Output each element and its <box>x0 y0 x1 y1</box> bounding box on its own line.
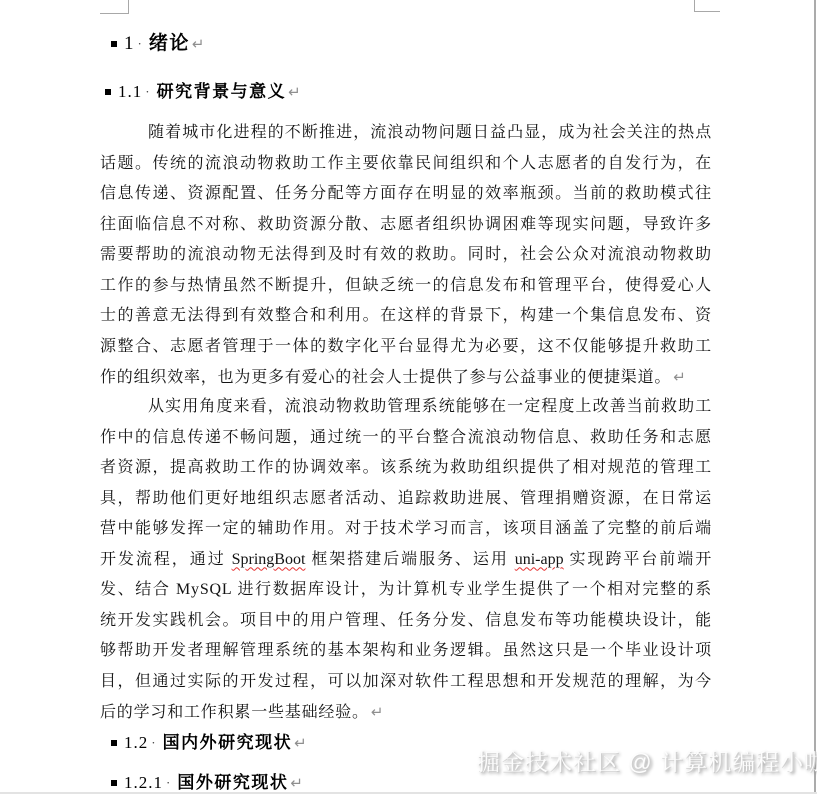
text-line: 开发流程，通过 SpringBoot 框架搭建后端服务、运用 uni-app 实… <box>100 545 712 576</box>
heading-number: 1 <box>124 33 135 54</box>
paragraph-1: 随着城市化进程的不断推进，流浪动物问题日益凸显，成为社会关注的热点 话题。传统的… <box>100 118 712 393</box>
heading-title: 国内外研究现状 <box>163 733 293 752</box>
heading-number: 1.2 <box>124 733 148 752</box>
text-line: 后的学习和工作积累一些基础经验。↵ <box>100 697 712 728</box>
page-edge-right <box>814 0 816 794</box>
heading-1-2-1: 1.2.1·国外研究现状↵ <box>111 771 303 794</box>
text-line: 营中能够发挥一定的辅助作用。对于技术学习而言，该项目涵盖了完整的前后端 <box>100 514 712 545</box>
margin-crop-mark-top-left <box>100 0 129 14</box>
text-line: 够帮助开发者理解管理系统的基本架构和业务逻辑。虽然这只是一个毕业设计项 <box>100 636 712 667</box>
space-formatting-mark: · <box>151 735 155 750</box>
heading-number: 1.1 <box>118 82 142 101</box>
text-line: 士的善意无法得到有效整合和利用。在这样的背景下，构建一个集信息发布、资 <box>100 301 712 332</box>
space-formatting-mark: · <box>138 36 142 51</box>
paragraph-2: 从实用角度来看，流浪动物救助管理系统能够在一定程度上改善当前救助工 作中的信息传… <box>100 392 712 728</box>
paragraph-mark: ↵ <box>371 703 384 721</box>
text-line: 需要帮助的流浪动物无法得到及时有效的救助。同时，社会公众对流浪动物救助 <box>100 240 712 271</box>
text-line: 信息传递、资源配置、任务分配等方面存在明显的效率瓶颈。当前的救助模式往 <box>100 179 712 210</box>
paragraph-mark: ↵ <box>290 774 303 792</box>
text-line: 者资源，提高救助工作的协调效率。该系统为救助组织提供了相对规范的管理工 <box>100 453 712 484</box>
space-formatting-mark: · <box>166 775 170 790</box>
text-line: 作中的信息传递不畅问题，通过统一的平台整合流浪动物信息、救助任务和志愿 <box>100 423 712 454</box>
heading-title: 研究背景与意义 <box>157 82 287 101</box>
heading-1: 1·绪论↵ <box>111 31 204 57</box>
text-line: 作的组织效率，也为更多有爱心的社会人士提供了参与公益事业的便捷渠道。↵ <box>100 362 712 393</box>
paragraph-mark: ↵ <box>294 734 307 752</box>
spellcheck-word-springboot: SpringBoot <box>232 551 306 568</box>
heading-1-2: 1.2·国内外研究现状↵ <box>111 731 307 755</box>
text-run: 实现跨平台前端开 <box>564 551 712 568</box>
heading-title: 国外研究现状 <box>177 773 288 792</box>
margin-crop-mark-top-right <box>694 0 720 12</box>
paragraph-mark: ↵ <box>192 35 205 53</box>
text-run: 框架搭建后端服务、运用 <box>305 551 514 568</box>
text-line: 随着城市化进程的不断推进，流浪动物问题日益凸显，成为社会关注的热点 <box>100 118 712 149</box>
text-run: 后的学习和工作积累一些基础经验。 <box>100 704 369 721</box>
text-line: 工作的参与热情虽然不断提升，但缺乏统一的信息发布和管理平台，使得爱心人 <box>100 271 712 302</box>
text-run: 开发流程，通过 <box>100 551 232 568</box>
keep-with-next-square-mark <box>111 41 117 47</box>
document-page[interactable]: 1·绪论↵ 1.1·研究背景与意义↵ 随着城市化进程的不断推进，流浪动物问题日益… <box>0 0 817 794</box>
text-line: 往面临信息不对称、救助资源分散、志愿者组织协调困难等现实问题，导致许多 <box>100 210 712 241</box>
text-line: 源整合、志愿者管理于一体的数字化平台显得尤为必要，这不仅能够提升救助工 <box>100 332 712 363</box>
paragraph-mark: ↵ <box>673 368 686 386</box>
heading-title: 绪论 <box>149 33 190 54</box>
heading-number: 1.2.1 <box>124 773 163 792</box>
keep-with-next-square-mark <box>111 780 117 786</box>
text-line: 统开发实践机会。项目中的用户管理、任务分发、信息发布等功能模块设计，能 <box>100 606 712 637</box>
paragraph-mark: ↵ <box>288 83 301 101</box>
watermark: 掘金技术社区 @ 计算机编程小咖 <box>477 744 817 777</box>
text-line: 发、结合 MySQL 进行数据库设计，为计算机专业学生提供了一个相对完整的系 <box>100 575 712 606</box>
text-run: 作的组织效率，也为更多有爱心的社会人士提供了参与公益事业的便捷渠道。 <box>100 369 671 386</box>
keep-with-next-square-mark <box>111 740 117 746</box>
keep-with-next-square-mark <box>105 89 111 95</box>
text-line: 具，帮助他们更好地组织志愿者活动、追踪救助进展、管理捐赠资源，在日常运 <box>100 484 712 515</box>
text-line: 目，但通过实际的开发过程，可以加深对软件工程思想和开发规范的理解，为今 <box>100 667 712 698</box>
spellcheck-word-uniapp: uni-app <box>515 551 564 568</box>
heading-1-1: 1.1·研究背景与意义↵ <box>105 80 301 104</box>
space-formatting-mark: · <box>145 84 149 99</box>
text-line: 从实用角度来看，流浪动物救助管理系统能够在一定程度上改善当前救助工 <box>100 392 712 423</box>
text-line: 话题。传统的流浪动物救助工作主要依靠民间组织和个人志愿者的自发行为，在 <box>100 149 712 180</box>
